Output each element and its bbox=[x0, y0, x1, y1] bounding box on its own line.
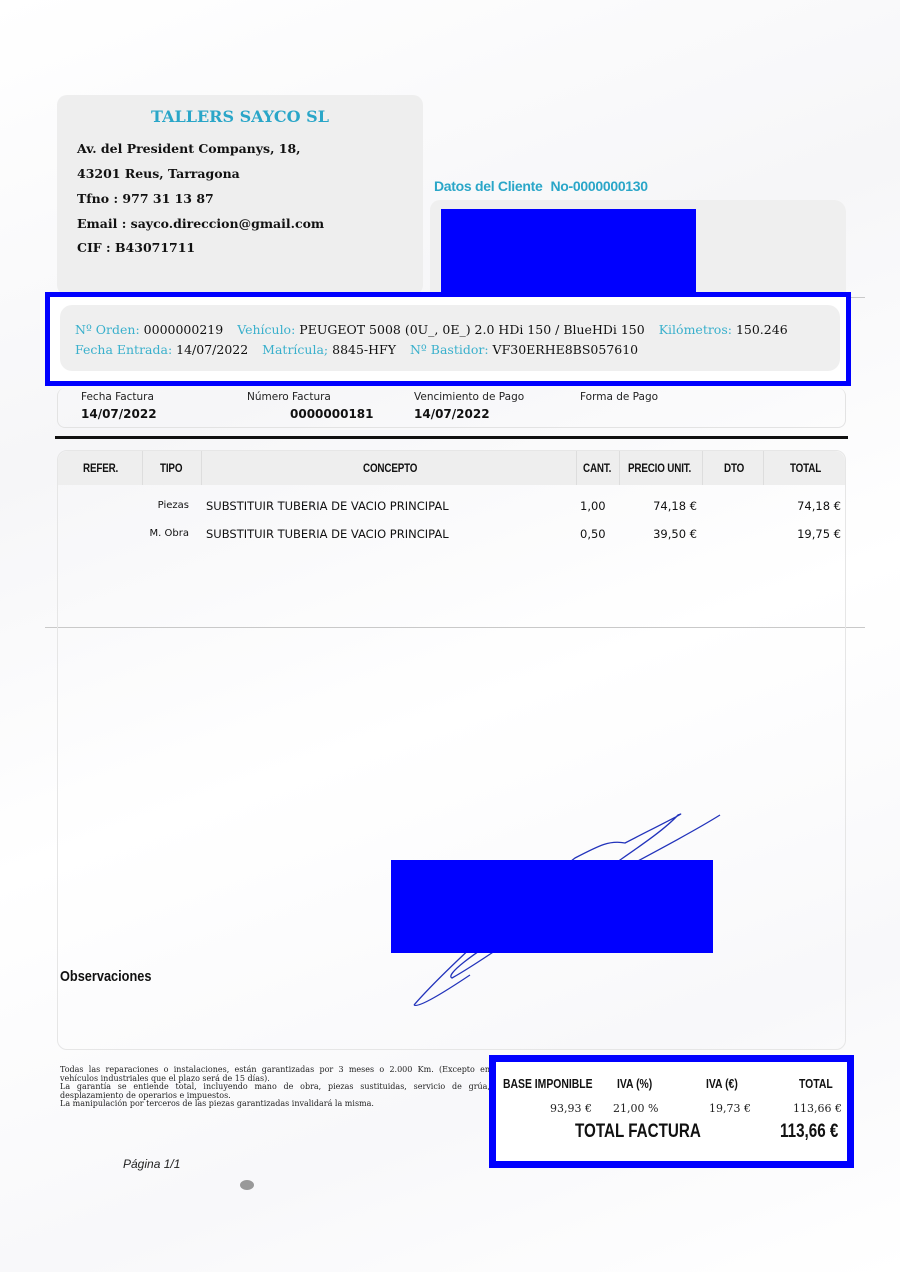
warranty-terms: Todas las reparaciones o instalaciones, … bbox=[60, 1066, 490, 1109]
column-divider bbox=[763, 451, 764, 485]
vehicle-info-highlight: Nº Orden: 0000000219 Vehículo: PEUGEOT 5… bbox=[45, 292, 851, 386]
vehicle-label: Vehículo: bbox=[237, 322, 295, 337]
vat-pct-label: IVA (%) bbox=[617, 1076, 652, 1091]
vat-pct-value: 21,00 % bbox=[613, 1102, 658, 1115]
vin-label: Nº Bastidor: bbox=[410, 342, 489, 357]
col-header-ref: REFER. bbox=[83, 461, 118, 475]
client-title: Datos del Cliente bbox=[434, 178, 542, 194]
invoice-date-label: Fecha Factura bbox=[81, 391, 154, 403]
col-header-discount: DTO bbox=[724, 461, 744, 475]
observations-title: Observaciones bbox=[60, 968, 151, 985]
warranty-line-2: La garantía se entiende total, incluyend… bbox=[60, 1083, 490, 1100]
due-date-value: 14/07/2022 bbox=[414, 407, 490, 421]
items-table: REFER. TIPO CONCEPTO CANT. PRECIO UNIT. … bbox=[57, 450, 846, 1050]
totals-highlight: BASE IMPONIBLE IVA (%) IVA (€) TOTAL 93,… bbox=[489, 1055, 854, 1168]
invoice-date-value: 14/07/2022 bbox=[81, 407, 157, 421]
company-cif: CIF : B43071711 bbox=[77, 240, 195, 255]
cell-total: 19,75 € bbox=[797, 527, 841, 541]
column-divider bbox=[702, 451, 703, 485]
cell-qty: 0,50 bbox=[580, 527, 606, 541]
company-email: Email : sayco.direccion@gmail.com bbox=[77, 216, 324, 231]
entry-date-label: Fecha Entrada: bbox=[75, 342, 172, 357]
col-header-unit-price: PRECIO UNIT. bbox=[628, 461, 691, 475]
cell-unit-price: 74,18 € bbox=[653, 499, 697, 513]
items-table-header: REFER. TIPO CONCEPTO CANT. PRECIO UNIT. … bbox=[58, 451, 845, 485]
invoice-number-value: 0000000181 bbox=[290, 407, 374, 421]
table-row: Piezas SUBSTITUIR TUBERIA DE VACIO PRINC… bbox=[58, 497, 845, 519]
page-number: Página 1/1 bbox=[123, 1157, 180, 1171]
warranty-line-3: La manipulación por terceros de las piez… bbox=[60, 1100, 490, 1109]
entry-date-value: 14/07/2022 bbox=[176, 342, 248, 357]
client-number: No-0000000130 bbox=[550, 178, 647, 194]
plate-value: 8845-HFY bbox=[332, 342, 396, 357]
column-divider bbox=[576, 451, 577, 485]
total-label: TOTAL bbox=[799, 1076, 833, 1091]
company-address-line2: 43201 Reus, Tarragona bbox=[77, 166, 240, 181]
due-date-label: Vencimiento de Pago bbox=[414, 391, 524, 403]
cell-concept: SUBSTITUIR TUBERIA DE VACIO PRINCIPAL bbox=[206, 527, 449, 541]
table-row: M. Obra SUBSTITUIR TUBERIA DE VACIO PRIN… bbox=[58, 525, 845, 547]
company-phone: Tfno : 977 31 13 87 bbox=[77, 191, 214, 206]
km-value: 150.246 bbox=[736, 322, 788, 337]
col-header-total: TOTAL bbox=[790, 461, 821, 475]
vin-value: VF30ERHE8BS057610 bbox=[493, 342, 639, 357]
plate-label: Matrícula; bbox=[262, 342, 328, 357]
vat-amount-label: IVA (€) bbox=[706, 1076, 738, 1091]
total-value: 113,66 € bbox=[793, 1102, 842, 1115]
redacted-signature-stamp bbox=[391, 860, 713, 953]
vehicle-row-1: Nº Orden: 0000000219 Vehículo: PEUGEOT 5… bbox=[75, 322, 798, 337]
cell-concept: SUBSTITUIR TUBERIA DE VACIO PRINCIPAL bbox=[206, 499, 449, 513]
warranty-line-1: Todas las reparaciones o instalaciones, … bbox=[60, 1066, 490, 1083]
cell-type: M. Obra bbox=[150, 528, 189, 539]
invoice-page: TALLERS SAYCO SL Av. del President Compa… bbox=[0, 0, 900, 1272]
vehicle-info-box bbox=[60, 305, 840, 371]
vehicle-row-2: Fecha Entrada: 14/07/2022 Matrícula; 884… bbox=[75, 342, 648, 357]
client-section-title: Datos del ClienteNo-0000000130 bbox=[434, 178, 648, 194]
cell-unit-price: 39,50 € bbox=[653, 527, 697, 541]
payment-method-label: Forma de Pago bbox=[580, 391, 658, 403]
order-value: 0000000219 bbox=[144, 322, 224, 337]
company-name: TALLERS SAYCO SL bbox=[57, 107, 423, 126]
vat-amount-value: 19,73 € bbox=[709, 1102, 751, 1115]
column-divider bbox=[201, 451, 202, 485]
cell-total: 74,18 € bbox=[797, 499, 841, 513]
company-info-box: TALLERS SAYCO SL Av. del President Compa… bbox=[57, 95, 423, 295]
invoice-total-label: TOTAL FACTURA bbox=[575, 1121, 701, 1143]
invoice-meta-box: Fecha Factura 14/07/2022 Número Factura … bbox=[57, 388, 846, 428]
invoice-total-value: 113,66 € bbox=[780, 1121, 838, 1143]
paper-mark bbox=[240, 1180, 254, 1190]
invoice-number-label: Número Factura bbox=[247, 391, 331, 403]
base-label: BASE IMPONIBLE bbox=[503, 1076, 593, 1091]
redacted-client-details bbox=[441, 209, 696, 297]
order-label: Nº Orden: bbox=[75, 322, 140, 337]
base-value: 93,93 € bbox=[550, 1102, 592, 1115]
cell-qty: 1,00 bbox=[580, 499, 606, 513]
cell-type: Piezas bbox=[158, 500, 189, 511]
km-label: Kilómetros: bbox=[659, 322, 732, 337]
section-divider bbox=[55, 436, 848, 439]
vehicle-value: PEUGEOT 5008 (0U_, 0E_) 2.0 HDi 150 / Bl… bbox=[299, 322, 644, 337]
column-divider bbox=[142, 451, 143, 485]
column-divider bbox=[619, 451, 620, 485]
col-header-concept: CONCEPTO bbox=[363, 461, 417, 475]
col-header-type: TIPO bbox=[160, 461, 182, 475]
company-address-line1: Av. del President Companys, 18, bbox=[77, 141, 301, 156]
col-header-qty: CANT. bbox=[583, 461, 611, 475]
